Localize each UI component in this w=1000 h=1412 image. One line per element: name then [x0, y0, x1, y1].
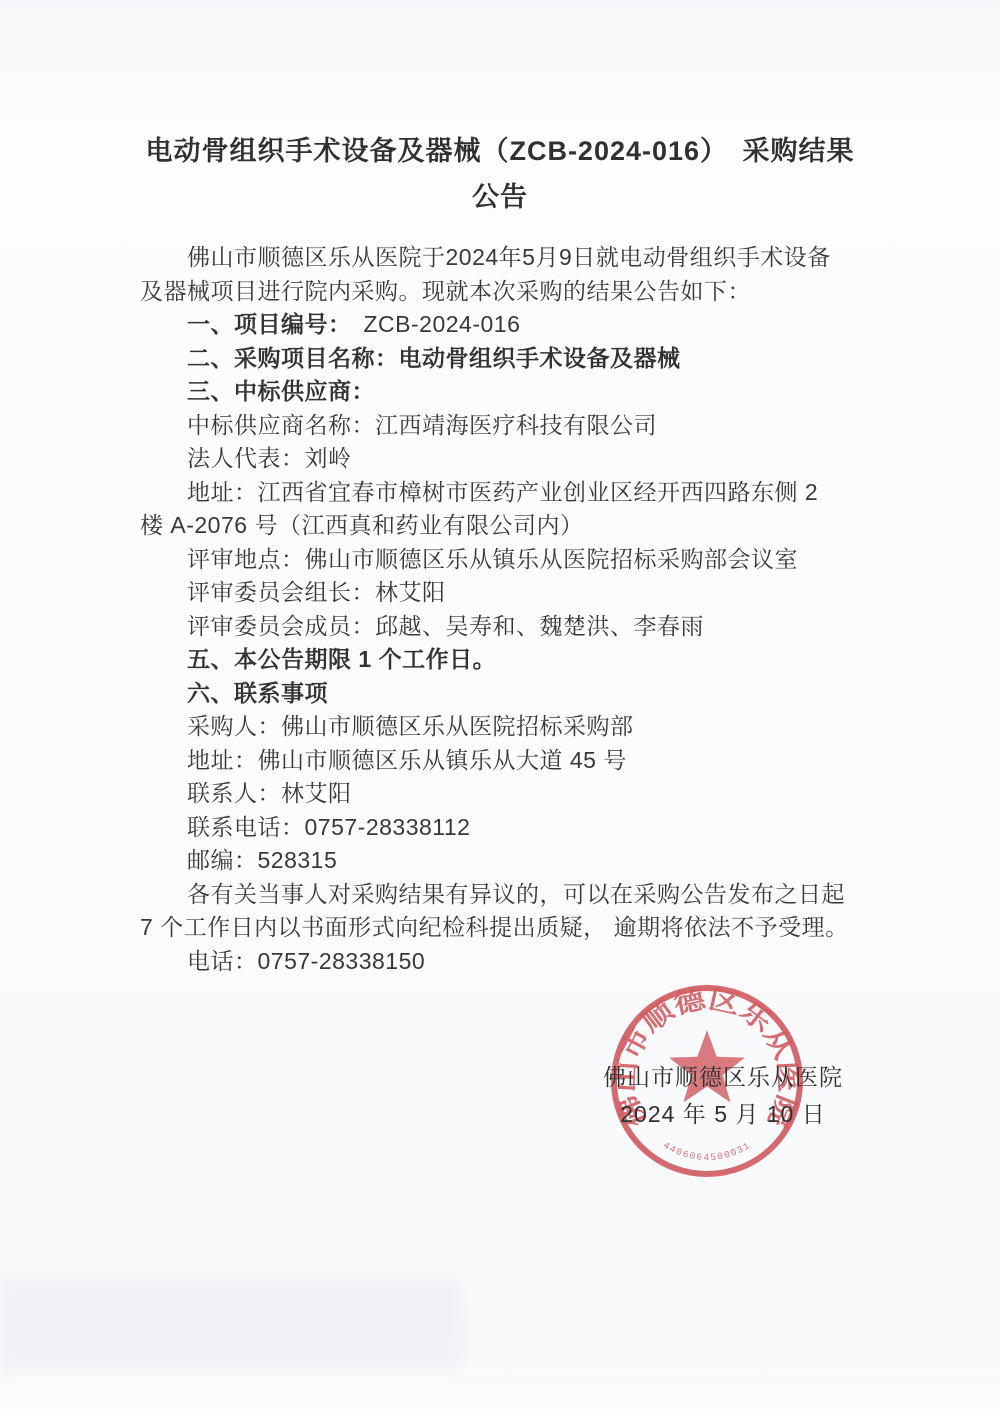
document-body: 佛山市顺德区乐从医院于2024年5月9日就电动骨组织手术设备 及器械项目进行院内…	[140, 241, 860, 978]
supplier-name-line: 中标供应商名称：江西靖海医疗科技有限公司	[140, 409, 860, 443]
scanned-document-page: 电动骨组织手术设备及器械（ZCB-2024-016） 采购结果 公告 佛山市顺德…	[0, 0, 1000, 1412]
review-members-line: 评审委员会成员：邱越、吴寿和、魏楚洪、李春雨	[140, 610, 860, 644]
title-line-2: 公告	[140, 174, 860, 220]
legal-representative-line: 法人代表：刘岭	[140, 442, 860, 476]
item-project-number-label: 一、项目编号：	[187, 311, 352, 337]
title-line-1: 电动骨组织手术设备及器械（ZCB-2024-016） 采购结果	[140, 128, 860, 174]
intro-line-1: 佛山市顺德区乐从医院于2024年5月9日就电动骨组织手术设备	[140, 241, 860, 275]
postcode-line: 邮编：528315	[140, 844, 860, 878]
contact-person-line: 联系人：林艾阳	[140, 777, 860, 811]
item-project-name: 二、采购项目名称：电动骨组织手术设备及器械	[140, 342, 860, 376]
supplier-address-line-1: 地址：江西省宜春市樟树市医药产业创业区经开西四路东侧 2	[140, 476, 860, 510]
buyer-line: 采购人：佛山市顺德区乐从医院招标采购部	[140, 710, 860, 744]
review-place-line: 评审地点：佛山市顺德区乐从镇乐从医院招标采购部会议室	[140, 543, 860, 577]
signature-organization: 佛山市顺德区乐从医院	[596, 1062, 850, 1092]
review-chair-line: 评审委员会组长：林艾阳	[140, 576, 860, 610]
item-contact-matters-heading: 六、联系事项	[140, 677, 860, 711]
item-project-number: 一、项目编号：ZCB-2024-016	[140, 308, 860, 342]
supplier-address-line-2: 楼 A-2076 号（江西真和药业有限公司内）	[140, 509, 860, 543]
signature-date: 2024 年 5 月 10 日	[596, 1099, 850, 1129]
scan-artifact-bottom-left	[0, 1280, 460, 1370]
contact-phone-line: 联系电话：0757-28338112	[140, 811, 860, 845]
item-winning-supplier-heading: 三、中标供应商：	[140, 375, 860, 409]
scan-artifact-top	[0, 0, 1000, 120]
signature-block: 佛山市顺德区乐从医院 2024 年 5 月 10 日	[596, 1062, 850, 1129]
objection-line-1: 各有关当事人对采购结果有异议的，可以在采购公告发布之日起	[140, 878, 860, 912]
item-announcement-period: 五、本公告期限 1 个工作日。	[140, 643, 860, 677]
objection-line-2: 7 个工作日内以书面形式向纪检科提出质疑， 逾期将依法不予受理。	[140, 911, 860, 945]
seal-serial-number: 4406064500031	[661, 1140, 753, 1163]
intro-line-2: 及器械项目进行院内采购。现就本次采购的结果公告如下：	[140, 275, 860, 309]
buyer-address-line: 地址：佛山市顺德区乐从镇乐从大道 45 号	[140, 744, 860, 778]
document-title: 电动骨组织手术设备及器械（ZCB-2024-016） 采购结果 公告	[140, 128, 860, 220]
item-project-number-value: ZCB-2024-016	[364, 311, 521, 337]
